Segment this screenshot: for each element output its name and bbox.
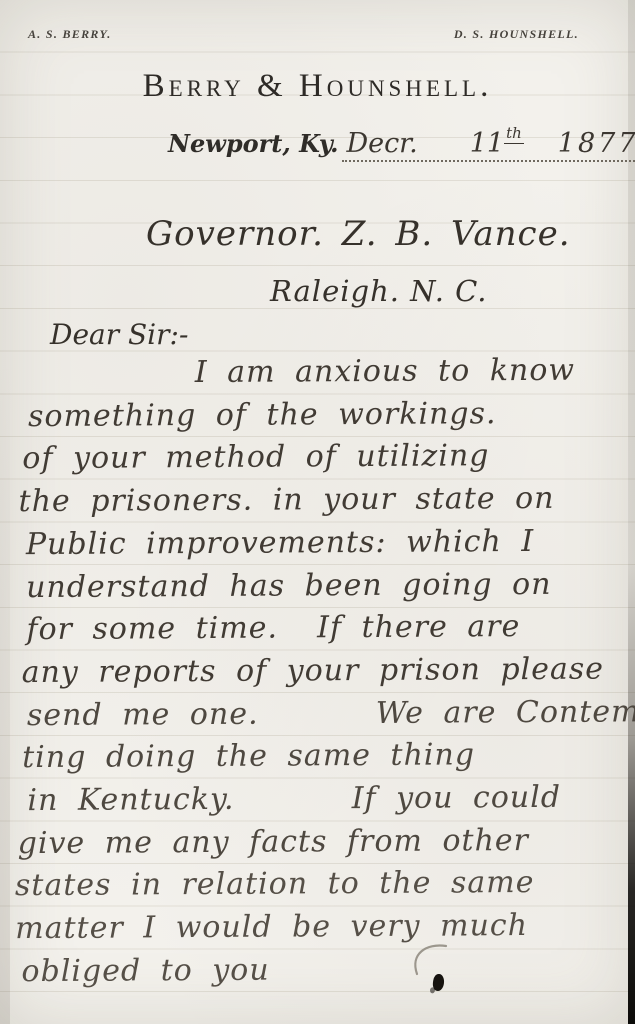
handwritten-line: the prisoners. in your state on — [19, 481, 555, 519]
letter-body: I am anxious to knowsomething of the wor… — [0, 0, 635, 1024]
handwritten-line: states in relation to the same — [15, 865, 535, 903]
handwritten-line: any reports of your prison please — [22, 651, 605, 690]
handwritten-line: give me any facts from other — [18, 823, 529, 861]
handwritten-line: of your method of utilizing — [22, 439, 489, 477]
handwritten-line: ting doing the same thing — [22, 738, 475, 776]
handwritten-line: matter I would be very much — [15, 908, 528, 946]
handwritten-line: Public improvements: which I — [26, 524, 535, 562]
handwritten-line: obliged to you — [21, 952, 269, 989]
letter-page: A. S. BERRY. D. S. HOUNSHELL. Berry & Ho… — [0, 0, 635, 1024]
handwritten-line: in Kentucky. If you could — [27, 780, 561, 818]
handwritten-line: for some time. If there are — [26, 609, 520, 647]
handwritten-line: I am anxious to know — [195, 353, 575, 390]
pencil-stroke-mark — [402, 942, 462, 980]
handwritten-line: something of the workings. — [28, 396, 497, 434]
handwritten-line: send me one. We are Contempla — [27, 694, 635, 733]
handwritten-line: understand has been going on — [26, 566, 552, 604]
